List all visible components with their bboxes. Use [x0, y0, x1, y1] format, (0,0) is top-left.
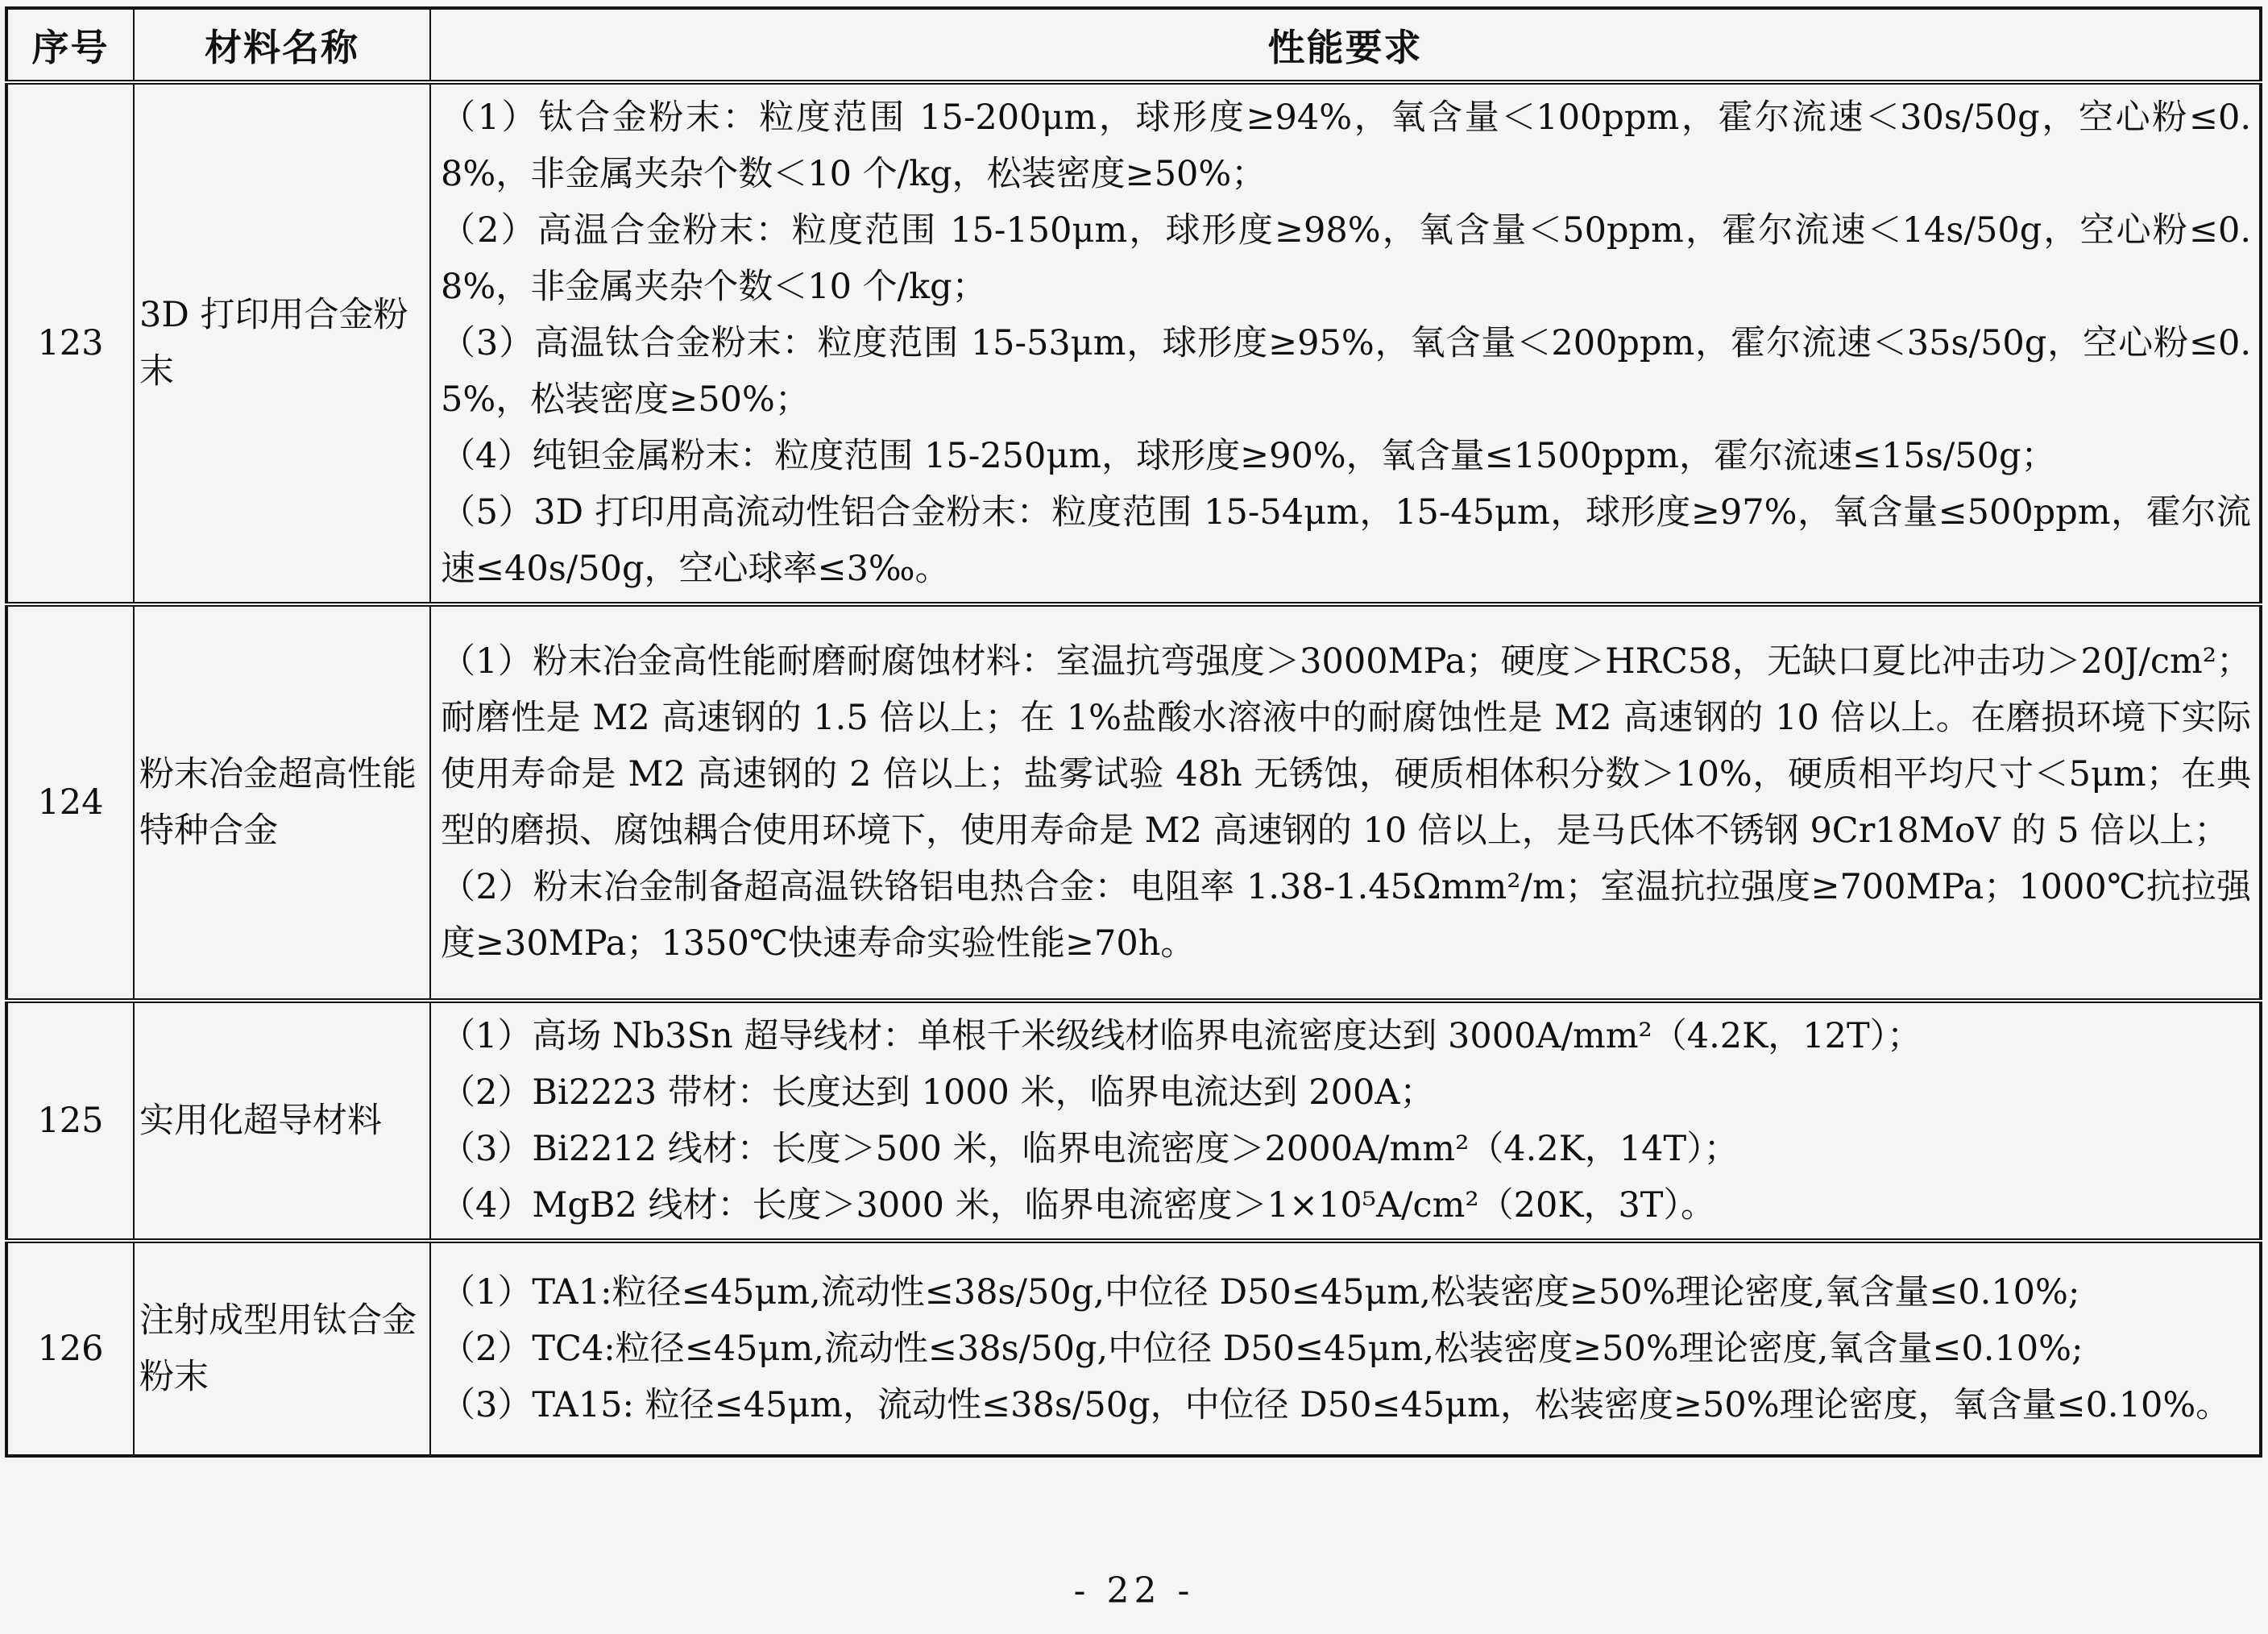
page-number: - 22 - [0, 1570, 2268, 1611]
requirement-paragraph: （1）高场 Nb3Sn 超导线材：单根千米级线材临界电流密度达到 3000A/m… [441, 1008, 2251, 1064]
table-header-row: 序号 材料名称 性能要求 [6, 8, 2261, 82]
requirements-cell: （1）高场 Nb3Sn 超导线材：单根千米级线材临界电流密度达到 3000A/m… [430, 1001, 2261, 1241]
requirements-cell: （1）钛合金粉末：粒度范围 15-200μm，球形度≥94%，氧含量＜100pp… [430, 82, 2261, 604]
document-page: 序号 材料名称 性能要求 123 3D 打印用合金粉末 （1）钛合金粉末：粒度范… [0, 0, 2268, 1634]
requirement-paragraph: （2）Bi2223 带材：长度达到 1000 米，临界电流达到 200A； [441, 1064, 2251, 1121]
requirement-paragraph: （2）粉末冶金制备超高温铁铬铝电热合金：电阻率 1.38-1.45Ωmm²/m；… [441, 859, 2251, 972]
table-row: 126 注射成型用钛合金粉末 （1）TA1:粒径≤45μm,流动性≤38s/50… [6, 1241, 2261, 1456]
requirement-paragraph: （1）钛合金粉末：粒度范围 15-200μm，球形度≥94%，氧含量＜100pp… [441, 89, 2251, 202]
material-name: 3D 打印用合金粉末 [134, 82, 430, 604]
table-row: 123 3D 打印用合金粉末 （1）钛合金粉末：粒度范围 15-200μm，球形… [6, 82, 2261, 604]
header-material-name: 材料名称 [134, 8, 430, 82]
material-name: 实用化超导材料 [134, 1001, 430, 1241]
requirements-cell: （1）粉末冶金高性能耐磨耐腐蚀材料：室温抗弯强度＞3000MPa；硬度＞HRC5… [430, 604, 2261, 1001]
requirement-paragraph: （3）Bi2212 线材：长度＞500 米，临界电流密度＞2000A/mm²（4… [441, 1121, 2251, 1177]
requirement-paragraph: （4）MgB2 线材：长度＞3000 米，临界电流密度＞1×10⁵A/cm²（2… [441, 1177, 2251, 1234]
requirement-paragraph: （3）TA15: 粒径≤45μm，流动性≤38s/50g，中位径 D50≤45μ… [441, 1377, 2251, 1433]
requirement-paragraph: （5）3D 打印用高流动性铝合金粉末：粒度范围 15-54μm，15-45μm，… [441, 484, 2251, 597]
header-index: 序号 [6, 8, 134, 82]
requirement-paragraph: （2）TC4:粒径≤45μm,流动性≤38s/50g,中位径 D50≤45μm,… [441, 1321, 2251, 1377]
row-index: 124 [6, 604, 134, 1001]
table-row: 125 实用化超导材料 （1）高场 Nb3Sn 超导线材：单根千米级线材临界电流… [6, 1001, 2261, 1241]
materials-table: 序号 材料名称 性能要求 123 3D 打印用合金粉末 （1）钛合金粉末：粒度范… [5, 6, 2262, 1458]
requirement-paragraph: （4）纯钽金属粉末：粒度范围 15-250μm，球形度≥90%，氧含量≤1500… [441, 428, 2251, 484]
material-name: 粉末冶金超高性能特种合金 [134, 604, 430, 1001]
material-name: 注射成型用钛合金粉末 [134, 1241, 430, 1456]
row-index: 125 [6, 1001, 134, 1241]
requirement-paragraph: （1）粉末冶金高性能耐磨耐腐蚀材料：室温抗弯强度＞3000MPa；硬度＞HRC5… [441, 633, 2251, 859]
row-index: 123 [6, 82, 134, 604]
row-index: 126 [6, 1241, 134, 1456]
requirements-cell: （1）TA1:粒径≤45μm,流动性≤38s/50g,中位径 D50≤45μm,… [430, 1241, 2261, 1456]
requirement-paragraph: （1）TA1:粒径≤45μm,流动性≤38s/50g,中位径 D50≤45μm,… [441, 1264, 2251, 1321]
table-row: 124 粉末冶金超高性能特种合金 （1）粉末冶金高性能耐磨耐腐蚀材料：室温抗弯强… [6, 604, 2261, 1001]
requirement-paragraph: （3）高温钛合金粉末：粒度范围 15-53μm，球形度≥95%，氧含量＜200p… [441, 315, 2251, 428]
header-requirements: 性能要求 [430, 8, 2261, 82]
requirement-paragraph: （2）高温合金粉末：粒度范围 15-150μm，球形度≥98%，氧含量＜50pp… [441, 202, 2251, 315]
